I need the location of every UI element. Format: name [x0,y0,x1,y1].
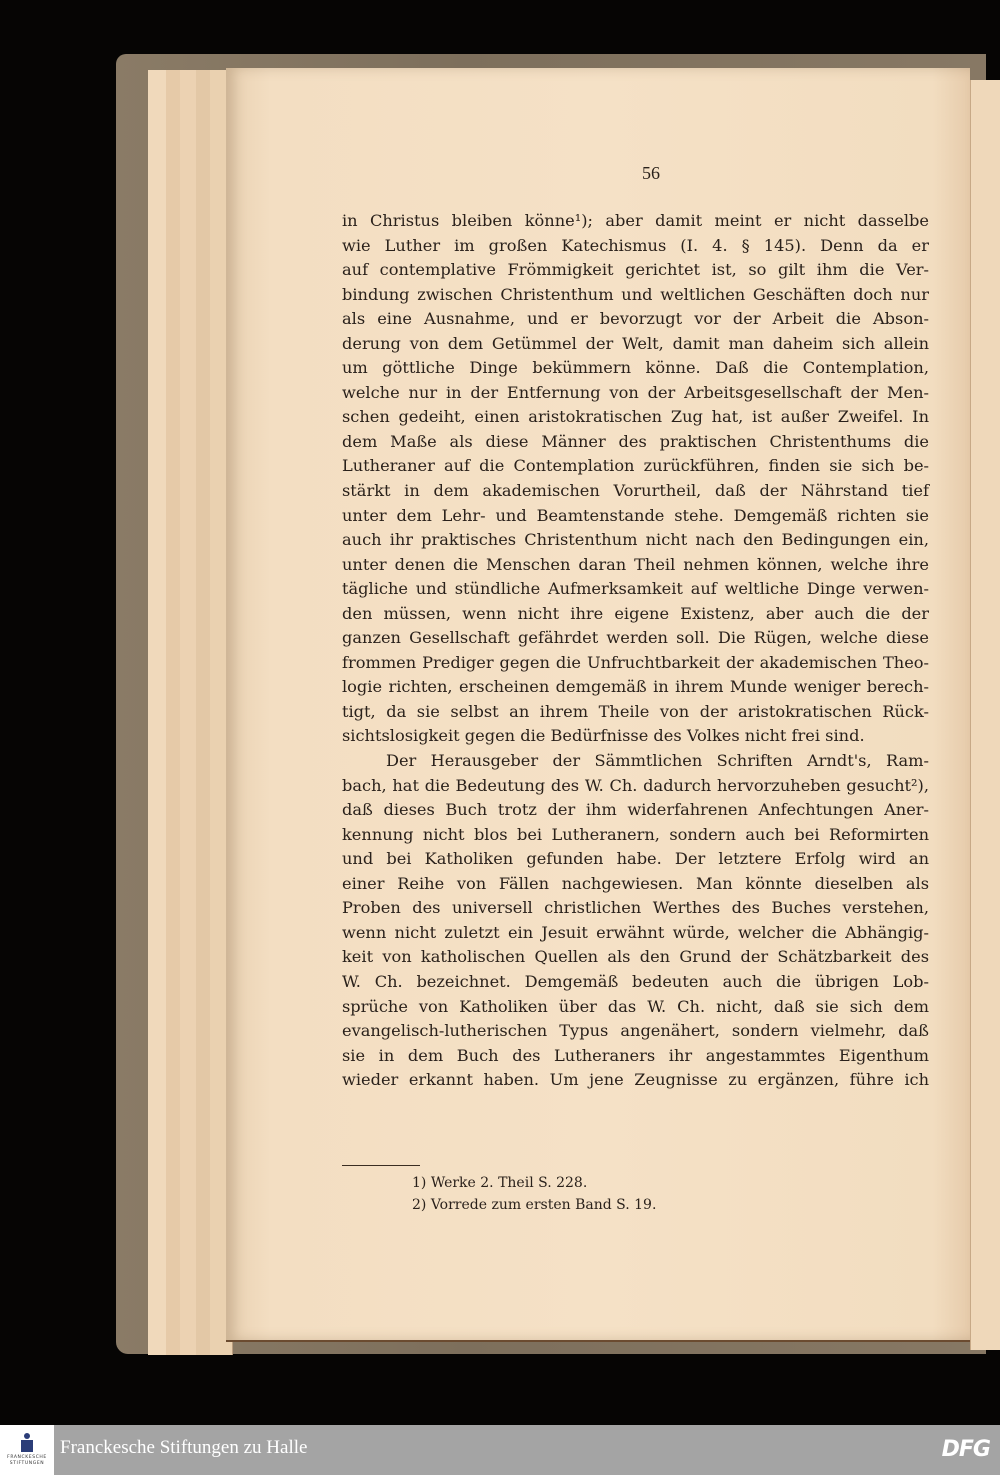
facing-page-edge [970,80,1000,1350]
text-line: W. Ch. bezeichnet. Demgemäß bedeuten auc… [342,970,929,995]
text-line: daß dieses Buch trotz der ihm widerfahre… [342,798,929,823]
text-line: tägliche und stündliche Aufmerksamkeit a… [342,577,929,602]
text-line: wie Luther im großen Katechismus (I. 4. … [342,234,929,259]
text-line: unter dem Lehr- und Beamtenstande stehe.… [342,504,929,529]
text-line: Der Herausgeber der Sämmtlichen Schrifte… [342,749,929,774]
footnotes: 1) Werke 2. Theil S. 228. 2) Vorrede zum… [412,1172,656,1216]
body-text: in Christus bleiben könne¹); aber damit … [342,209,929,1093]
text-line: sichtslosigkeit gegen die Bedürfnisse de… [342,724,929,749]
text-line: keit von katholischen Quellen als den Gr… [342,945,929,970]
book-scan: 56 in Christus bleiben könne¹); aber dam… [0,0,1000,1425]
institution-name: Franckesche Stiftungen zu Halle [60,1437,307,1459]
franckesche-stiftungen-logo[interactable]: FRANCKESCHE STIFTUNGEN [0,1425,54,1475]
text-line: sprüche von Katholiken über das W. Ch. n… [342,995,929,1020]
text-line: unter denen die Menschen daran Theil neh… [342,553,929,578]
text-line: tigt, da sie selbst an ihrem Theile von … [342,700,929,725]
text-line: stärkt in dem akademischen Vorurtheil, d… [342,479,929,504]
text-line: welche nur in der Entfernung von der Arb… [342,381,929,406]
text-line: wenn nicht zuletzt ein Jesuit erwähnt wü… [342,921,929,946]
dfg-logo[interactable]: DFG [942,1437,990,1462]
text-line: Proben des universell christlichen Werth… [342,896,929,921]
footnote-divider [342,1165,420,1166]
text-line: auf contemplative Frömmigkeit gerichtet … [342,258,929,283]
text-line: schen gedeiht, einen aristokratischen Zu… [342,405,929,430]
text-line: in Christus bleiben könne¹); aber damit … [342,209,929,234]
book-page: 56 in Christus bleiben könne¹); aber dam… [226,68,970,1342]
text-line: einer Reihe von Fällen nachgewiesen. Man… [342,872,929,897]
text-line: und bei Katholiken gefunden habe. Der le… [342,847,929,872]
text-line: sie in dem Buch des Lutheraners ihr ange… [342,1044,929,1069]
text-line: kennung nicht blos bei Lutheranern, sond… [342,823,929,848]
text-line: um göttliche Dinge bekümmern könne. Daß … [342,356,929,381]
text-line: logie richten, erscheinen demgemäß in ih… [342,675,929,700]
text-line: Lutheraner auf die Contemplation zurückf… [342,454,929,479]
text-line: evangelisch-lutherischen Typus angenäher… [342,1019,929,1044]
text-line: auch ihr praktisches Christenthum nicht … [342,528,929,553]
statue-icon [20,1433,34,1453]
text-line: dem Maße als diese Männer des praktische… [342,430,929,455]
text-line: ganzen Gesellschaft gefährdet werden sol… [342,626,929,651]
text-line: wieder erkannt haben. Um jene Zeugnisse … [342,1068,929,1093]
text-line: bindung zwischen Christenthum und weltli… [342,283,929,308]
viewer-footer: FRANCKESCHE STIFTUNGEN Franckesche Stift… [0,1425,1000,1475]
footnote-2: 2) Vorrede zum ersten Band S. 19. [412,1194,656,1216]
text-line: derung von dem Getümmel der Welt, damit … [342,332,929,357]
text-line: als eine Ausnahme, und er bevorzugt vor … [342,307,929,332]
text-line: frommen Prediger gegen die Unfruchtbarke… [342,651,929,676]
footnote-1: 1) Werke 2. Theil S. 228. [412,1172,656,1194]
page-number: 56 [636,163,666,184]
text-line: bach, hat die Bedeutung des W. Ch. dadur… [342,774,929,799]
text-line: den müssen, wenn nicht ihre eigene Exist… [342,602,929,627]
logo-text-line2: STIFTUNGEN [7,1461,47,1467]
